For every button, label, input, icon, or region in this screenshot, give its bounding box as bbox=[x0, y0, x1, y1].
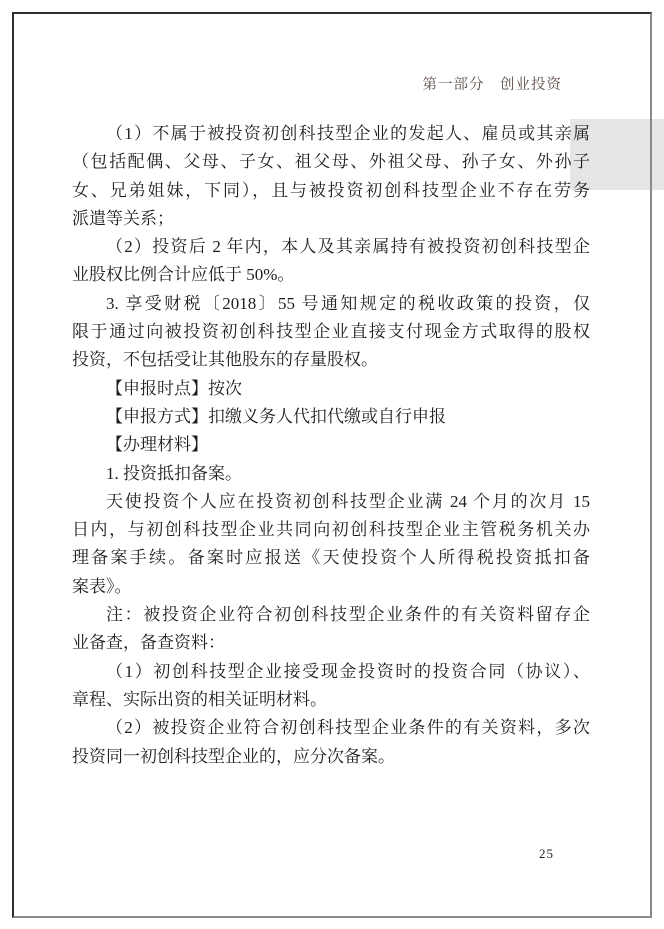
text-line: 【申报方式】扣缴义务人代扣代缴或自行申报 bbox=[72, 403, 590, 431]
running-header: 第一部分 创业投资 bbox=[72, 76, 562, 94]
text-line: （1）不属于被投资初创科技型企业的发起人、雇员或其亲属 bbox=[72, 120, 590, 148]
text-line: （包括配偶、父母、子女、祖父母、外祖父母、孙子女、外孙子 bbox=[72, 148, 590, 176]
text-line: 投资同一初创科技型企业的，应分次备案。 bbox=[72, 743, 590, 771]
text-line: 3. 享受财税〔2018〕55 号通知规定的税收政策的投资，仅 bbox=[72, 290, 590, 318]
text-line: 【申报时点】按次 bbox=[72, 375, 590, 403]
text-line: 派遣等关系； bbox=[72, 205, 590, 233]
text-line: 女、兄弟姐妹，下同），且与被投资初创科技型企业不存在劳务 bbox=[72, 177, 590, 205]
text-line: 理备案手续。备案时应报送《天使投资个人所得税投资抵扣备 bbox=[72, 544, 590, 572]
text-line: （2）被投资企业符合初创科技型企业条件的有关资料，多次 bbox=[72, 714, 590, 742]
text-line: 1. 投资抵扣备案。 bbox=[72, 460, 590, 488]
text-line: 案表》。 bbox=[72, 573, 590, 601]
text-line: 天使投资个人应在投资初创科技型企业满 24 个月的次月 15 bbox=[72, 488, 590, 516]
page-number: 25 bbox=[510, 846, 554, 862]
text-line: （2）投资后 2 年内，本人及其亲属持有被投资初创科技型企 bbox=[72, 233, 590, 261]
text-line: 业备查，备查资料： bbox=[72, 629, 590, 657]
text-line: 注：被投资企业符合初创科技型企业条件的有关资料留存企 bbox=[72, 601, 590, 629]
text-line: 章程、实际出资的相关证明材料。 bbox=[72, 686, 590, 714]
body-text: （1）不属于被投资初创科技型企业的发起人、雇员或其亲属（包括配偶、父母、子女、祖… bbox=[72, 120, 590, 771]
text-line: 日内，与初创科技型企业共同向初创科技型企业主管税务机关办 bbox=[72, 516, 590, 544]
scanned-book-page: { "page": { "running_header": "第一部分 创业投资… bbox=[0, 0, 664, 929]
text-line: 限于通过向被投资初创科技型企业直接支付现金方式取得的股权 bbox=[72, 318, 590, 346]
text-line: 业股权比例合计应低于 50%。 bbox=[72, 261, 590, 289]
text-line: 【办理材料】 bbox=[72, 431, 590, 459]
text-line: （1）初创科技型企业接受现金投资时的投资合同（协议）、 bbox=[72, 658, 590, 686]
text-line: 投资，不包括受让其他股东的存量股权。 bbox=[72, 346, 590, 374]
